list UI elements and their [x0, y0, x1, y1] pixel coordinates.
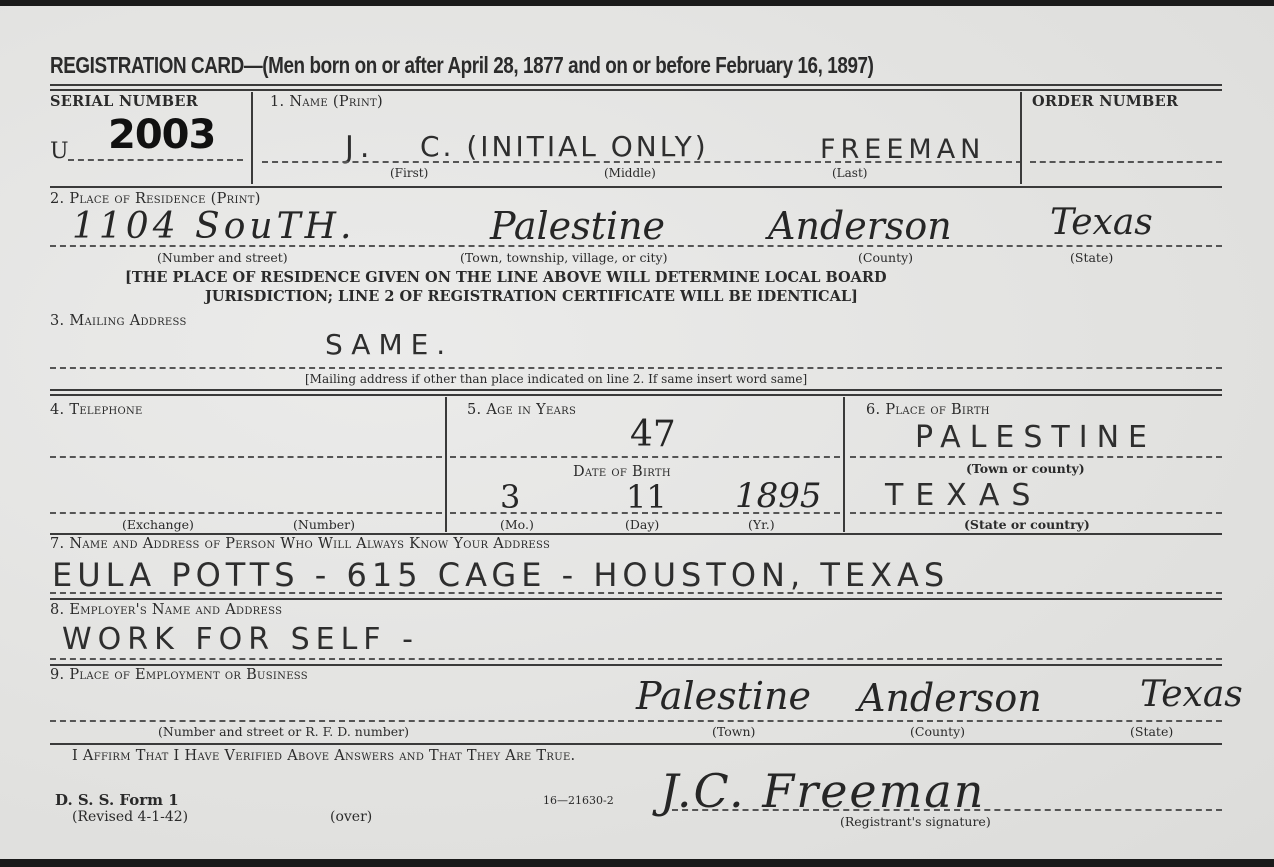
- name-label: 1. Name (Print): [270, 94, 383, 110]
- divider: [251, 92, 253, 184]
- print-code: 16—21630-2: [543, 794, 614, 807]
- telephone-line-2: [50, 512, 442, 514]
- dob-sub-year: (Yr.): [748, 517, 775, 532]
- employment-county-value: Anderson: [858, 676, 1042, 720]
- employment-sub-county: (County): [910, 724, 965, 739]
- signature-line: [672, 809, 1222, 811]
- serial-number-value: 2003: [108, 112, 215, 158]
- residence-label: 2. Place of Residence (Print): [50, 191, 261, 207]
- birthplace-state-line: [850, 512, 1222, 514]
- rule: [50, 394, 1222, 396]
- signature-label: (Registrant's signature): [840, 814, 991, 829]
- divider: [445, 397, 447, 532]
- dob-sub-month: (Mo.): [500, 517, 534, 532]
- residence-sub-town: (Town, township, village, or city): [460, 250, 667, 265]
- rule: [50, 598, 1222, 600]
- employment-line: [50, 720, 1222, 722]
- residence-county-value: Anderson: [768, 204, 952, 248]
- form-name: D. S. S. Form 1: [55, 791, 179, 809]
- birthplace-town-line: [850, 456, 1222, 458]
- divider: [1020, 92, 1022, 184]
- mailing-note: [Mailing address if other than place ind…: [305, 372, 807, 386]
- rule: [50, 664, 1222, 666]
- residence-street-value: 1104 SouTH.: [72, 206, 355, 247]
- employer-line: [50, 658, 1222, 660]
- age-label: 5. Age in Years: [467, 402, 576, 418]
- name-middle-value: C. (INITIAL ONLY): [420, 130, 709, 163]
- employment-state-value: Texas: [1140, 674, 1243, 715]
- residence-sub-county: (County): [858, 250, 913, 265]
- employment-sub-state: (State): [1130, 724, 1173, 739]
- dob-year-value: 1895: [735, 476, 822, 516]
- residence-notice-1: [THE PLACE OF RESIDENCE GIVEN ON THE LIN…: [125, 269, 887, 286]
- employer-value: WORK FOR SELF -: [62, 622, 419, 657]
- dob-line: [450, 512, 840, 514]
- birthplace-sub-town: (Town or county): [966, 461, 1085, 476]
- contact-line: [50, 592, 1222, 594]
- residence-sub-street: (Number and street): [157, 250, 288, 265]
- dob-month-value: 3: [500, 478, 520, 516]
- rule: [50, 533, 1222, 535]
- age-line: [450, 456, 840, 458]
- name-sub-last: (Last): [832, 166, 867, 180]
- residence-state-value: Texas: [1050, 202, 1153, 243]
- serial-line: [68, 159, 243, 161]
- order-number-label: ORDER NUMBER: [1032, 93, 1178, 110]
- form-over: (over): [330, 809, 372, 825]
- birthplace-label: 6. Place of Birth: [866, 402, 990, 418]
- contact-value: EULA POTTS - 615 CAGE - HOUSTON, TEXAS: [52, 556, 949, 594]
- birthplace-town-value: PALESTINE: [915, 420, 1156, 455]
- residence-line: [50, 245, 1222, 247]
- name-sub-middle: (Middle): [604, 166, 656, 180]
- telephone-sub-exchange: (Exchange): [122, 517, 194, 532]
- dob-sub-day: (Day): [625, 517, 659, 532]
- serial-prefix: U: [50, 139, 69, 164]
- order-number-line: [1030, 161, 1222, 163]
- telephone-label: 4. Telephone: [50, 402, 143, 418]
- name-sub-first: (First): [390, 166, 428, 180]
- birthplace-sub-state: (State or country): [964, 517, 1090, 532]
- employment-place-label: 9. Place of Employment or Business: [50, 667, 308, 683]
- rule: [50, 743, 1222, 745]
- registration-card: REGISTRATION CARD—(Men born on or after …: [0, 6, 1274, 859]
- rule: [50, 389, 1222, 391]
- contact-label: 7. Name and Address of Person Who Will A…: [50, 536, 550, 552]
- divider: [843, 397, 845, 532]
- form-revised: (Revised 4-1-42): [72, 809, 188, 825]
- employment-sub-street: (Number and street or R. F. D. number): [158, 724, 409, 739]
- telephone-sub-number: (Number): [293, 517, 355, 532]
- rule: [50, 84, 1222, 86]
- employer-label: 8. Employer's Name and Address: [50, 602, 282, 618]
- mailing-value: SAME.: [325, 328, 453, 361]
- rule: [50, 89, 1222, 91]
- affirmation-text: I Affirm That I Have Verified Above Answ…: [72, 748, 575, 764]
- card-title: REGISTRATION CARD—(Men born on or after …: [50, 52, 873, 79]
- name-first-value: J.: [345, 130, 375, 165]
- mailing-line: [50, 367, 1222, 369]
- age-value: 47: [630, 414, 676, 455]
- employment-sub-town: (Town): [712, 724, 755, 739]
- residence-sub-state: (State): [1070, 250, 1113, 265]
- name-line: [262, 161, 1022, 163]
- residence-notice-2: JURISDICTION; LINE 2 OF REGISTRATION CER…: [205, 288, 858, 305]
- rule: [50, 186, 1222, 188]
- employment-town-value: Palestine: [636, 674, 811, 718]
- dob-day-value: 11: [626, 478, 667, 516]
- birthplace-state-value: TEXAS: [885, 478, 1042, 513]
- residence-town-value: Palestine: [490, 204, 665, 248]
- mailing-label: 3. Mailing Address: [50, 313, 187, 329]
- telephone-line-1: [50, 456, 442, 458]
- serial-number-label: SERIAL NUMBER: [50, 93, 198, 110]
